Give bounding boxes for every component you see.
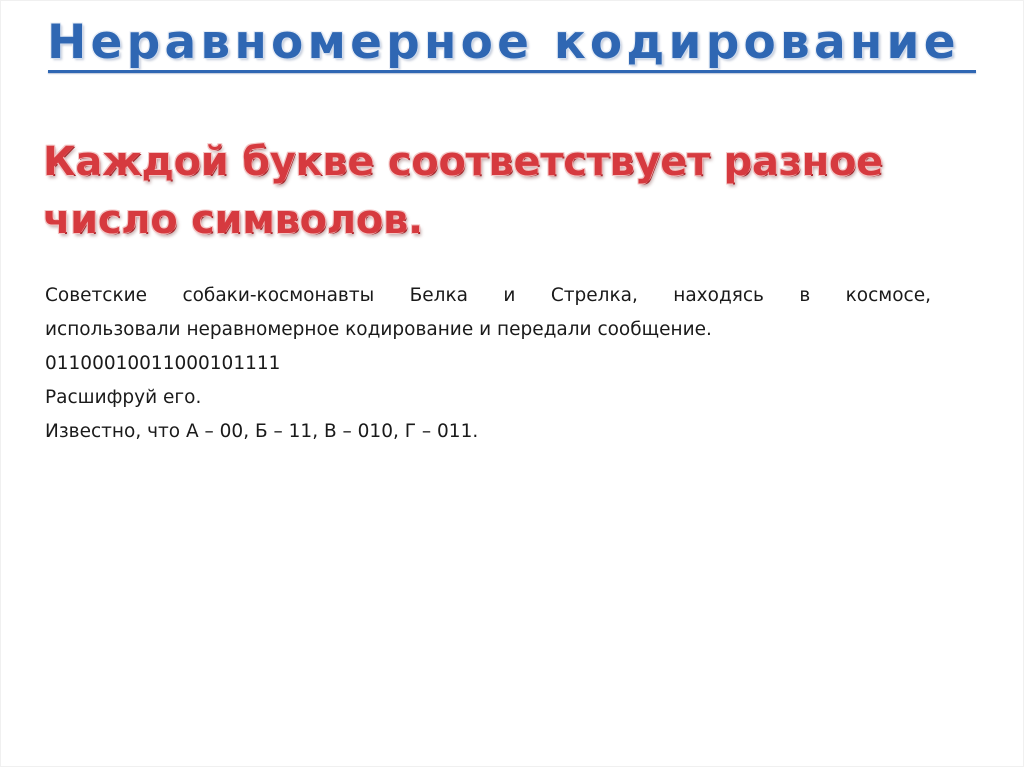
known-codes: Известно, что А – 00, Б – 11, В – 010, Г… — [45, 415, 931, 449]
paragraph-line-2: использовали неравномерное кодирование и… — [45, 313, 931, 347]
task-instruction: Расшифруй его. — [45, 381, 931, 415]
slide: Неравномерное кодирование Каждой букве с… — [0, 0, 1024, 767]
slide-subtitle: Каждой букве соответствует разное число … — [43, 133, 923, 249]
paragraph-line-1: Советские собаки-космонавты Белка и Стре… — [45, 279, 931, 313]
task-text: Советские собаки-космонавты Белка и Стре… — [45, 279, 931, 449]
message-code: 01100010011000101111 — [45, 347, 931, 381]
subtitle-line-1: Каждой букве соответствует разное — [43, 133, 923, 191]
title-underline — [48, 70, 976, 73]
slide-title: Неравномерное кодирование — [47, 15, 977, 71]
subtitle-line-2: число символов. — [43, 191, 923, 249]
